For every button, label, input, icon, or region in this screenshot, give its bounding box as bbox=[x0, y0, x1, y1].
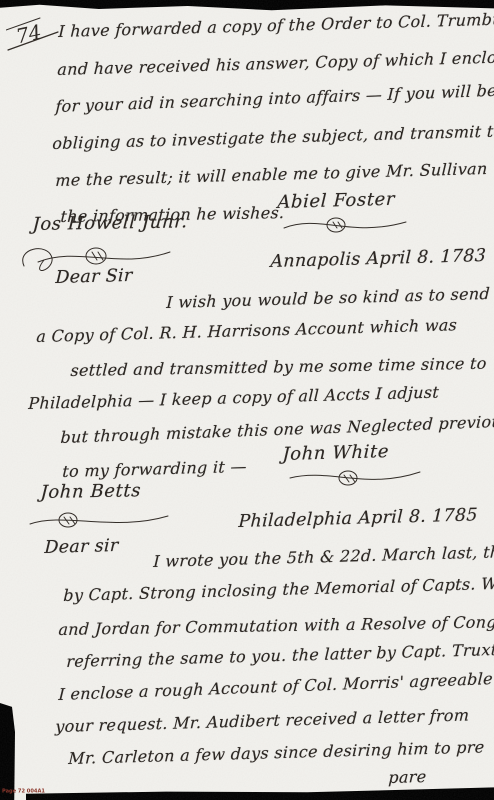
manuscript-page: 74 I have forwarded a copy of the Order … bbox=[0, 0, 494, 800]
letter2-body-line: but through mistake this one was Neglect… bbox=[60, 411, 494, 447]
letter1-body-line: for your aid in searching into affairs —… bbox=[55, 80, 494, 116]
paraph-icon bbox=[286, 464, 426, 494]
letter3-dateline: Philadelphia April 8. 1785 bbox=[238, 505, 478, 532]
letter3-salutation: Dear sir bbox=[44, 536, 119, 558]
letter3-body-line: I enclose a rough Account of Col. Morris… bbox=[58, 668, 494, 704]
letter2-body-line: settled and transmitted by me some time … bbox=[70, 354, 487, 380]
letter3-docket-name: John Betts bbox=[40, 480, 142, 503]
letter1-body-line: I have forwarded a copy of the Order to … bbox=[58, 9, 494, 41]
paraph-icon bbox=[24, 504, 174, 538]
letter2-salutation: Dear Sir bbox=[55, 266, 133, 288]
letter3-body-line: referring the same to you. the latter by… bbox=[66, 639, 494, 671]
catchword: pare bbox=[388, 767, 427, 787]
scan-frame-label: Page 72 004A1 bbox=[2, 788, 45, 794]
letter1-body-line: me the result; it will enable me to give… bbox=[55, 159, 488, 190]
letter2-body-line: to my forwarding it — bbox=[62, 457, 247, 481]
paraph-icon bbox=[280, 212, 410, 240]
letter3-body-line: and Jordan for Commutation with a Resolv… bbox=[58, 612, 494, 639]
letter2-dateline: Annapolis April 8. 1783 bbox=[270, 246, 487, 272]
letter1-signature: Abiel Foster bbox=[277, 189, 396, 213]
letter2-body-line: Philadelphia — I keep a copy of all Acct… bbox=[28, 383, 439, 413]
letter2-body-line: a Copy of Col. R. H. Harrisons Account w… bbox=[36, 315, 458, 346]
letter3-body-line: your request. Mr. Audibert received a le… bbox=[55, 705, 470, 736]
letter2-signature: John White bbox=[282, 441, 390, 465]
letter1-docket-name: Jos Howell Junr. bbox=[32, 211, 188, 235]
letter3-body-line: by Capt. Strong inclosing the Memorial o… bbox=[63, 573, 494, 605]
letter3-body-line: Mr. Carleton a few days since desiring h… bbox=[68, 737, 485, 768]
letter1-body-line: and have received his answer, Copy of wh… bbox=[57, 47, 494, 79]
scan-edge-left bbox=[0, 703, 15, 800]
letter2-body-line: I wish you would be so kind as to send m… bbox=[166, 283, 494, 312]
letter3-body-line: I wrote you the 5th & 22d. March last, t… bbox=[153, 540, 494, 571]
letter1-body-line: obliging as to investigate the subject, … bbox=[52, 121, 494, 153]
scan-edge-bottom bbox=[26, 786, 494, 800]
folio-number: 74 bbox=[14, 20, 44, 49]
scan-edge-top bbox=[0, 0, 494, 12]
